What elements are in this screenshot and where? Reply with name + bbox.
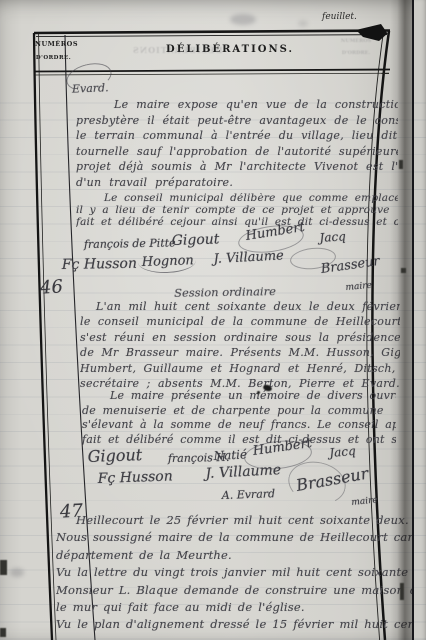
manuscript-line: le mur qui fait face au midi de l'église… [56, 599, 412, 616]
signature: Fç Husson [97, 468, 173, 487]
manuscript-line: d'un travail préparatoire. [76, 175, 398, 191]
manuscript-line: le terrain communal à l'entrée du villag… [76, 128, 398, 144]
manuscript-line: Le maire présente un mémoire de divers o… [82, 389, 396, 404]
scan-edge-mark [0, 628, 6, 637]
session-heading: Session ordinaire [140, 284, 310, 301]
manuscript-line: Vu le plan d'alignement dressé le 15 fév… [56, 616, 412, 633]
manuscript-line: Heillecourt le 25 février mil huit cent … [56, 512, 412, 529]
binding-mark [400, 583, 404, 600]
ghost-print-numeros-line2: D'ORDRE. [336, 50, 376, 56]
manuscript-line: de menuiserie et de charpente pour la co… [82, 404, 396, 419]
manuscript-paragraph: Le conseil municipal délibère que comme … [76, 193, 398, 228]
binding-gutter [390, 0, 414, 640]
manuscript-line: Monsieur L. Blaque demande de construire… [56, 582, 412, 599]
manuscript-line: fait et délibéré cejour ainsi qu'il est … [76, 217, 398, 229]
manuscript-line: Nous soussigné maire de la commune de He… [56, 529, 412, 546]
manuscript-line: département de la Meurthe. [56, 547, 412, 564]
manuscript-line: Humbert, Guillaume et Hognard et Henré, … [80, 361, 400, 376]
binding-mark [399, 160, 403, 169]
signature: Gigout [171, 231, 219, 249]
ink-blot [257, 391, 260, 394]
manuscript-line: le conseil municipal de la commune de He… [80, 314, 400, 329]
manuscript-line: Le maire expose qu'en vue de la construc… [76, 97, 398, 113]
manuscript-line: tournelle sauf l'approbation de l'autori… [76, 144, 398, 160]
manuscript-line: de Mr Brasseur maire. Présents M.M. Huss… [80, 345, 400, 360]
manuscript-line: s'élevant à la somme de neuf francs. Le … [82, 418, 396, 433]
margin-number-46: 46 [39, 276, 63, 299]
signature: Jacq [319, 229, 346, 245]
signature: Fç Husson [62, 256, 137, 273]
ghost-print-deliberations: DÉLIBÉRATIONS [132, 45, 222, 55]
facing-page-edge [412, 0, 426, 640]
register-page: feuillet. NUMÉROS D'ORDRE. DÉLIBÉRATIONS… [0, 0, 426, 640]
scan-edge-mark [10, 568, 24, 577]
signature: Hognon [141, 253, 194, 270]
manuscript-paragraph: Heillecourt le 25 février mil huit cent … [56, 512, 412, 634]
signature: françois de Pitte [84, 236, 176, 251]
ghost-print-numeros-line1: NUMÉROS [336, 38, 376, 44]
manuscript-line: presbytère il était peut-être avantageux… [76, 113, 398, 129]
manuscript-line: s'est réuni en session ordinaire sous la… [80, 330, 400, 345]
signature: A. Evrard [222, 487, 276, 502]
column-header-numeros: NUMÉROS [35, 41, 72, 48]
manuscript-paragraph: Le maire présente un mémoire de divers o… [82, 389, 396, 447]
manuscript-line: projet déjà soumis à Mr l'architecte Viv… [76, 159, 398, 175]
manuscript-line: il y a lieu de tenir compte de ce projet… [76, 205, 398, 217]
manuscript-paragraph: Le maire expose qu'en vue de la construc… [76, 97, 398, 191]
scan-edge-mark [0, 560, 7, 575]
column-header-ordre: D'ORDRE. [35, 55, 72, 61]
ghost-print-numeros: NUMÉROS D'ORDRE. [336, 38, 376, 56]
signature: Natié [213, 447, 247, 463]
manuscript-paragraph: L'an mil huit cent soixante deux le deux… [80, 299, 400, 391]
signature: Jacq [329, 444, 356, 460]
binding-mark [401, 268, 406, 273]
manuscript-line: L'an mil huit cent soixante deux le deux… [80, 299, 400, 314]
manuscript-line: Vu la lettre du vingt trois janvier mil … [56, 564, 412, 581]
signature: Gigout [87, 445, 142, 466]
closing-name: Evard. [72, 81, 109, 95]
